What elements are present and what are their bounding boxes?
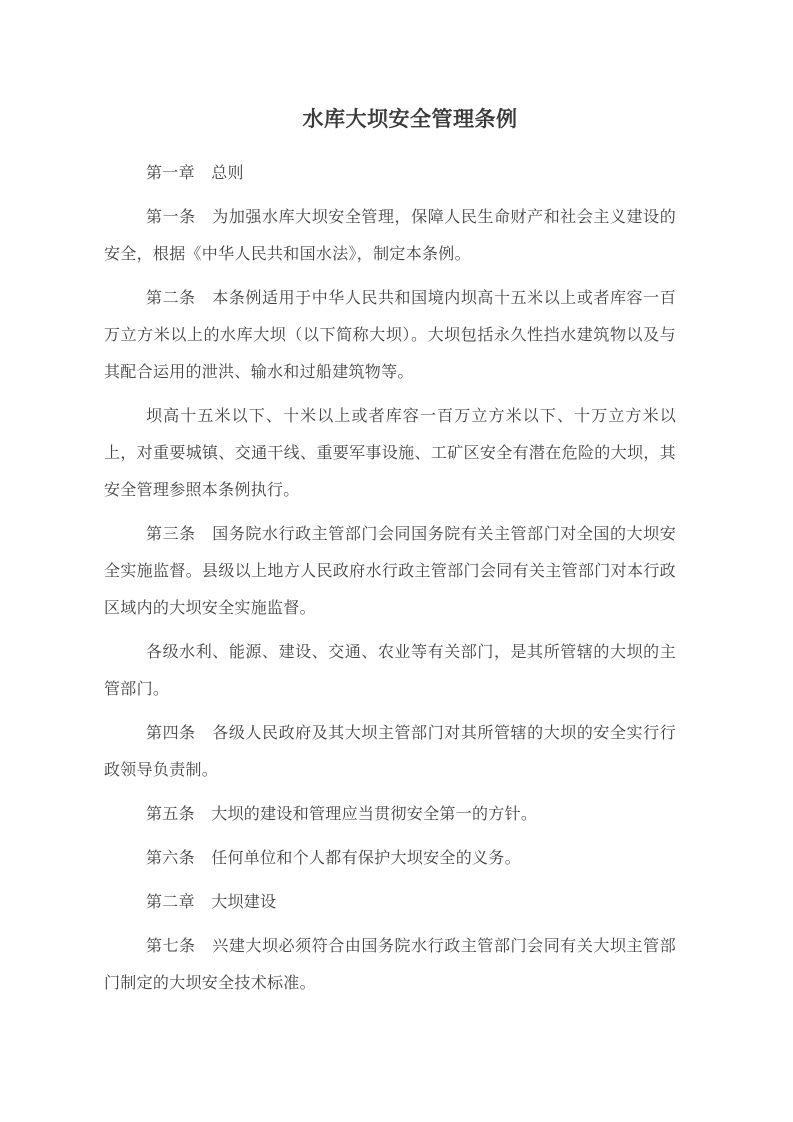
document-title: 水库大坝安全管理条例 [104, 101, 676, 138]
document-paragraph: 各级水利、能源、建设、交通、农业等有关部门，是其所管辖的大坝的主管部门。 [104, 634, 676, 708]
document-paragraph: 第五条 大坝的建设和管理应当贯彻安全第一的方针。 [104, 796, 676, 833]
document-page: 水库大坝安全管理条例 第一章 总则第一条 为加强水库大坝安全管理，保障人民生命财… [0, 0, 793, 1122]
document-paragraph: 第一条 为加强水库大坝安全管理，保障人民生命财产和社会主义建设的安全，根据《中华… [104, 199, 676, 273]
document-paragraph: 第六条 任何单位和个人都有保护大坝安全的义务。 [104, 840, 676, 877]
document-paragraph: 第三条 国务院水行政主管部门会同国务院有关主管部门对全国的大坝安全实施监督。县级… [104, 516, 676, 627]
chapter-heading: 第二章 大坝建设 [104, 884, 676, 921]
document-content: 水库大坝安全管理条例 第一章 总则第一条 为加强水库大坝安全管理，保障人民生命财… [104, 92, 676, 1009]
document-body: 第一章 总则第一条 为加强水库大坝安全管理，保障人民生命财产和社会主义建设的安全… [104, 155, 676, 1002]
document-paragraph: 坝高十五米以下、十米以上或者库容一百万立方米以下、十万立方米以上，对重要城镇、交… [104, 398, 676, 509]
chapter-heading: 第一章 总则 [104, 155, 676, 192]
document-paragraph: 第二条 本条例适用于中华人民共和国境内坝高十五米以上或者库容一百万立方米以上的水… [104, 280, 676, 391]
document-paragraph: 第四条 各级人民政府及其大坝主管部门对其所管辖的大坝的安全实行行政领导负责制。 [104, 715, 676, 789]
document-paragraph: 第七条 兴建大坝必须符合由国务院水行政主管部门会同有关大坝主管部门制定的大坝安全… [104, 928, 676, 1002]
